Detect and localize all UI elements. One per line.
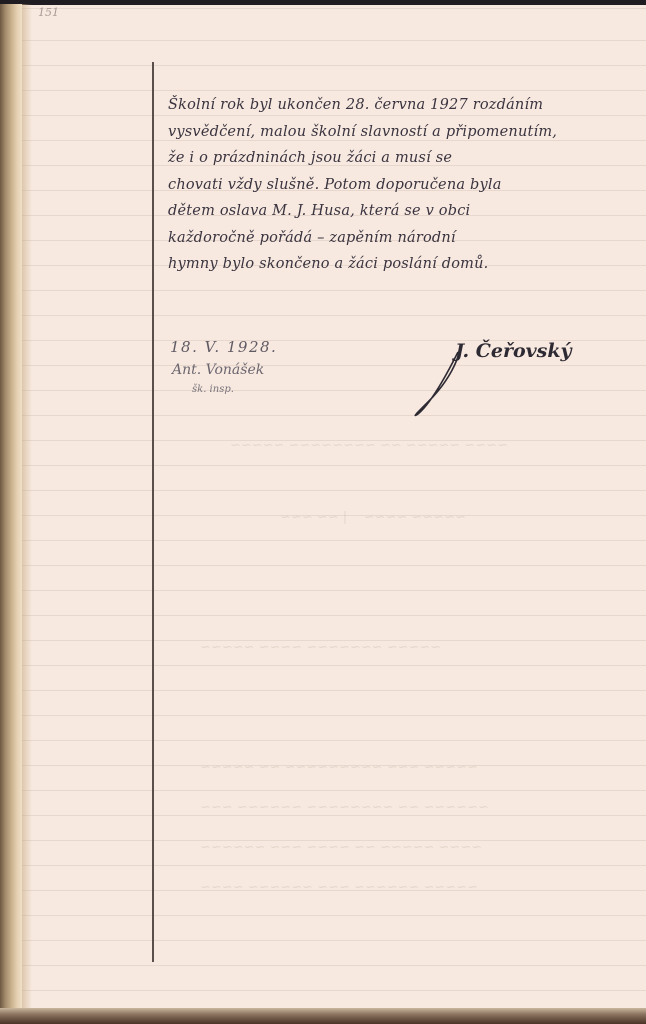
teacher-signature: J. Čeřovský [455,340,572,362]
page-bottom-edge [0,1008,646,1024]
inspector-signature: Ant. Vonášek [172,362,264,378]
entry-line: hymny bylo skončeno a žáci poslání domů. [168,251,638,278]
margin-line [152,62,154,962]
entry-line: Školní rok byl ukončen 28. června 1927 r… [168,92,638,119]
page-number: 151 [38,6,59,19]
page-top-edge [0,0,646,5]
bleed-through-text: ~~~~~ ~~~ ~~~~~~~~~ ~~ ~~~~~ [200,760,478,775]
inspection-date: 18. V. 1928. [170,338,277,356]
book-binding [0,4,22,1011]
bleed-through-text: ~~~~~ ~~~~~~~ ~~~~ ~~~~~ [200,640,441,655]
entry-line: dětem oslava M. J. Husa, která se v obci [168,198,638,225]
entry-line: každoročně pořádá – zapěním národní [168,225,638,252]
entry-line: vysvědčení, malou školní slavností a při… [168,119,638,146]
entry-line: chovati vždy slušně. Potom doporučena by… [168,172,638,199]
bleed-through-text: ~~~~~ ~~~~~~ ~~~ ~~~~~~ ~~~~ [200,880,478,895]
bleed-through-text: ~~~~~ ~~~~ | ~~ ~~~ [280,510,466,525]
inspector-title: šk. insp. [192,384,234,395]
binding-shadow [22,4,32,1011]
chronicle-entry: Školní rok byl ukončen 28. června 1927 r… [168,92,638,278]
bleed-through-text: ~~~~ ~~~~~ ~~ ~~~~ ~~~ ~~~~~~ [200,840,482,855]
bleed-through-text: ~~~~~~ ~~ ~~~~~~~~ ~~~~~~ ~~~ [200,800,489,815]
bleed-through-text: ~~~~ ~~~~~ ~~ ~~~~~~~~ ~~~~~ [230,438,508,453]
entry-line: že i o prázdninách jsou žáci a musí se [168,145,638,172]
